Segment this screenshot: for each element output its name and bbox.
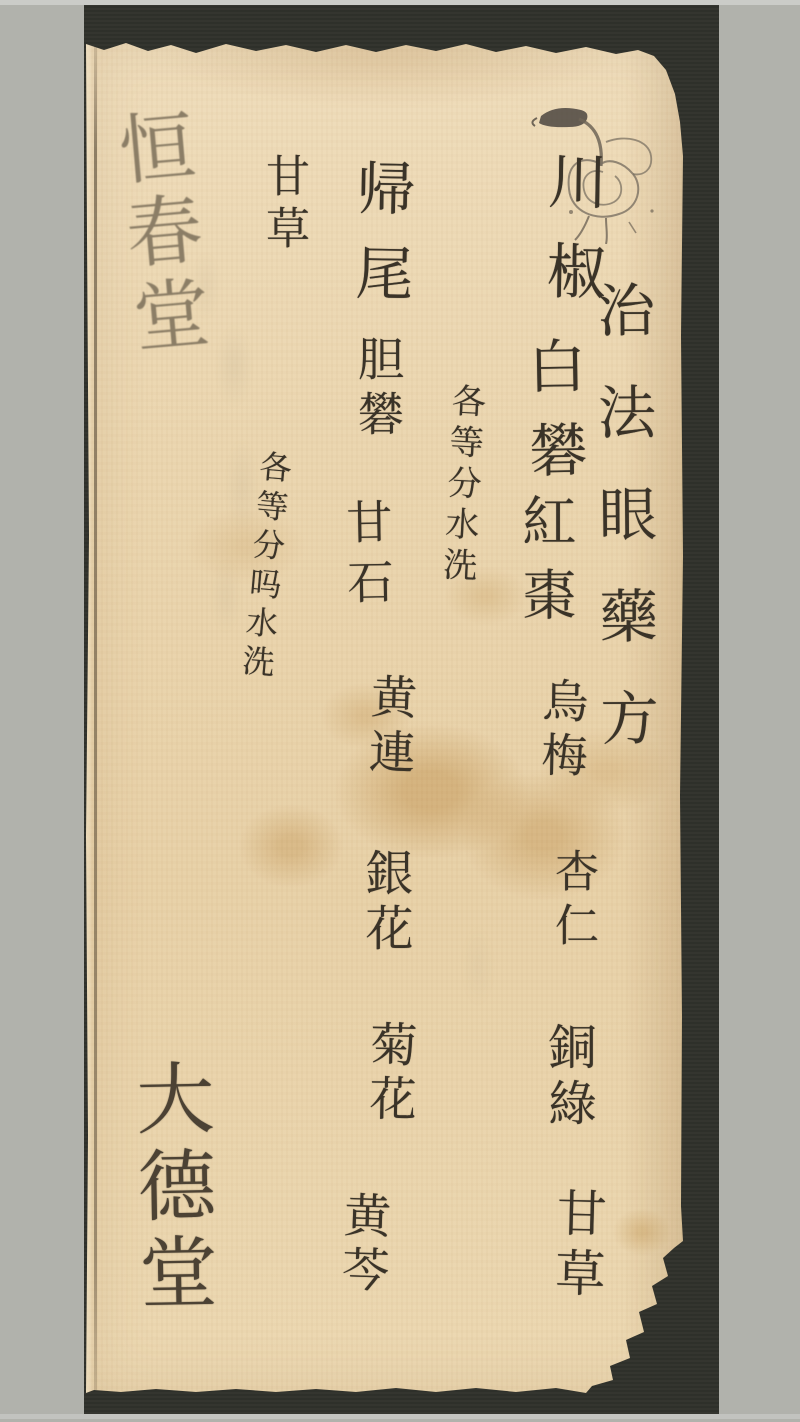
herb-name-juhua: 菊花 — [365, 1020, 414, 1129]
herb-name-guiwei: 帰尾 — [350, 158, 411, 329]
title-column: 治法眼藥方 — [592, 280, 654, 790]
herb-name-huangqin: 黄芩 — [337, 1190, 388, 1300]
scanned-book-photo: { "document": { "kind": "handwritten-chi… — [0, 0, 800, 1422]
herb-name-wumei: 烏梅 — [538, 677, 586, 786]
herb-name-gancao-right: 甘草 — [550, 1186, 603, 1307]
note-equal-parts-left: 各等分吗水洗 — [239, 449, 291, 685]
herb-name-hongzao: 紅棗 — [518, 493, 572, 641]
herb-name-baifan: 白礬 — [523, 336, 584, 505]
hall-name-hengchuntang: 恒春堂 — [109, 105, 207, 363]
herb-name-yinhua: 銀花 — [361, 848, 409, 958]
herb-name-chuanjiao: 川椒 — [540, 149, 603, 330]
herb-name-ganshi: 甘石 — [343, 498, 391, 619]
hall-name-dadetang: 大德堂 — [129, 1057, 212, 1319]
note-equal-parts-right: 各等分水洗 — [439, 382, 484, 588]
mat-edge-bottom — [0, 1414, 800, 1419]
herb-name-tonglv: 銅綠 — [544, 1022, 592, 1134]
herb-name-huanglian: 黄連 — [365, 672, 415, 784]
herb-name-xingren: 杏仁 — [550, 848, 594, 956]
manuscript-page: 治法眼藥方 川椒 白礬 紅棗 烏梅 杏仁 銅綠 甘草 各等分水洗 帰尾 胆礬 甘… — [86, 36, 684, 1396]
spine-fold-line — [94, 42, 97, 1390]
herb-name-gancao-left: 甘草 — [261, 153, 305, 257]
herb-name-danfan: 胆礬 — [355, 335, 401, 445]
